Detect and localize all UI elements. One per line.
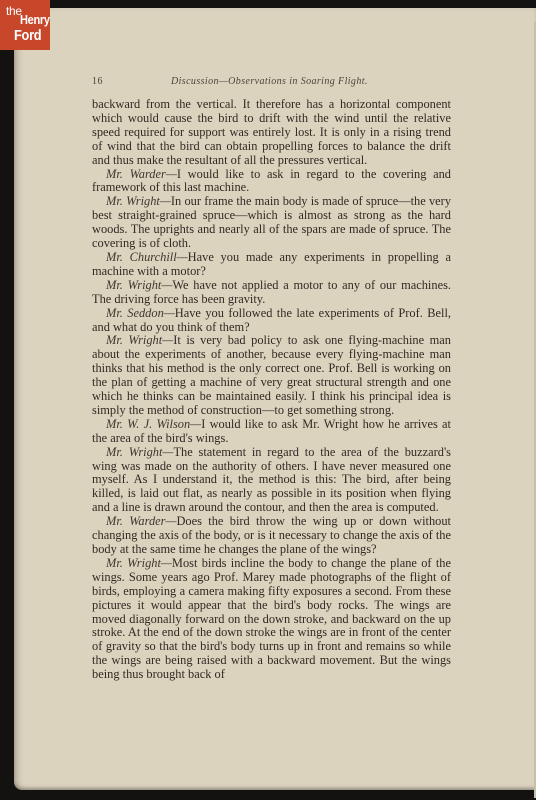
paragraph-text: Most birds incline the body to change th… — [92, 556, 451, 681]
speaker-name: Mr. Warder— — [106, 167, 177, 181]
speaker-name: Mr. Wright— — [106, 445, 173, 459]
speaker-name: Mr. Seddon— — [106, 306, 175, 320]
speaker-name: Mr. W. J. Wilson— — [106, 417, 201, 431]
paragraph: Mr. Wright—Most birds incline the body t… — [92, 557, 451, 682]
henry-ford-logo: the Henry Ford — [0, 0, 50, 50]
logo-henry: Henry — [20, 13, 50, 26]
logo-ford: Ford — [14, 28, 41, 43]
paragraph: Mr. Churchill—Have you made any experime… — [92, 251, 451, 279]
speaker-name: Mr. Wright— — [106, 333, 173, 347]
speaker-name: Mr. Wright— — [106, 194, 171, 208]
paragraph: Mr. Warder—I would like to ask in regard… — [92, 168, 451, 196]
paragraph: Mr. Wright—It is very bad policy to ask … — [92, 334, 451, 417]
paragraph: Mr. Warder—Does the bird throw the wing … — [92, 515, 451, 557]
paragraph: Mr. Seddon—Have you followed the late ex… — [92, 307, 451, 335]
paragraph: Mr. Wright—The statement in regard to th… — [92, 446, 451, 516]
speaker-name: Mr. Wright— — [106, 278, 172, 292]
running-title: Discussion—Observations in Soaring Fligh… — [171, 76, 368, 87]
page-number: 16 — [92, 76, 103, 87]
speaker-name: Mr. Warder— — [106, 514, 176, 528]
body-text: backward from the vertical. It therefore… — [92, 98, 451, 682]
paragraph: Mr. Wright—We have not applied a motor t… — [92, 279, 451, 307]
speaker-name: Mr. Churchill— — [106, 250, 188, 264]
paragraph: Mr. Wright—In our frame the main body is… — [92, 195, 451, 251]
paragraph: backward from the vertical. It therefore… — [92, 98, 451, 168]
paragraph-text: backward from the vertical. It therefore… — [92, 97, 451, 167]
paragraph: Mr. W. J. Wilson—I would like to ask Mr.… — [92, 418, 451, 446]
speaker-name: Mr. Wright— — [106, 556, 172, 570]
